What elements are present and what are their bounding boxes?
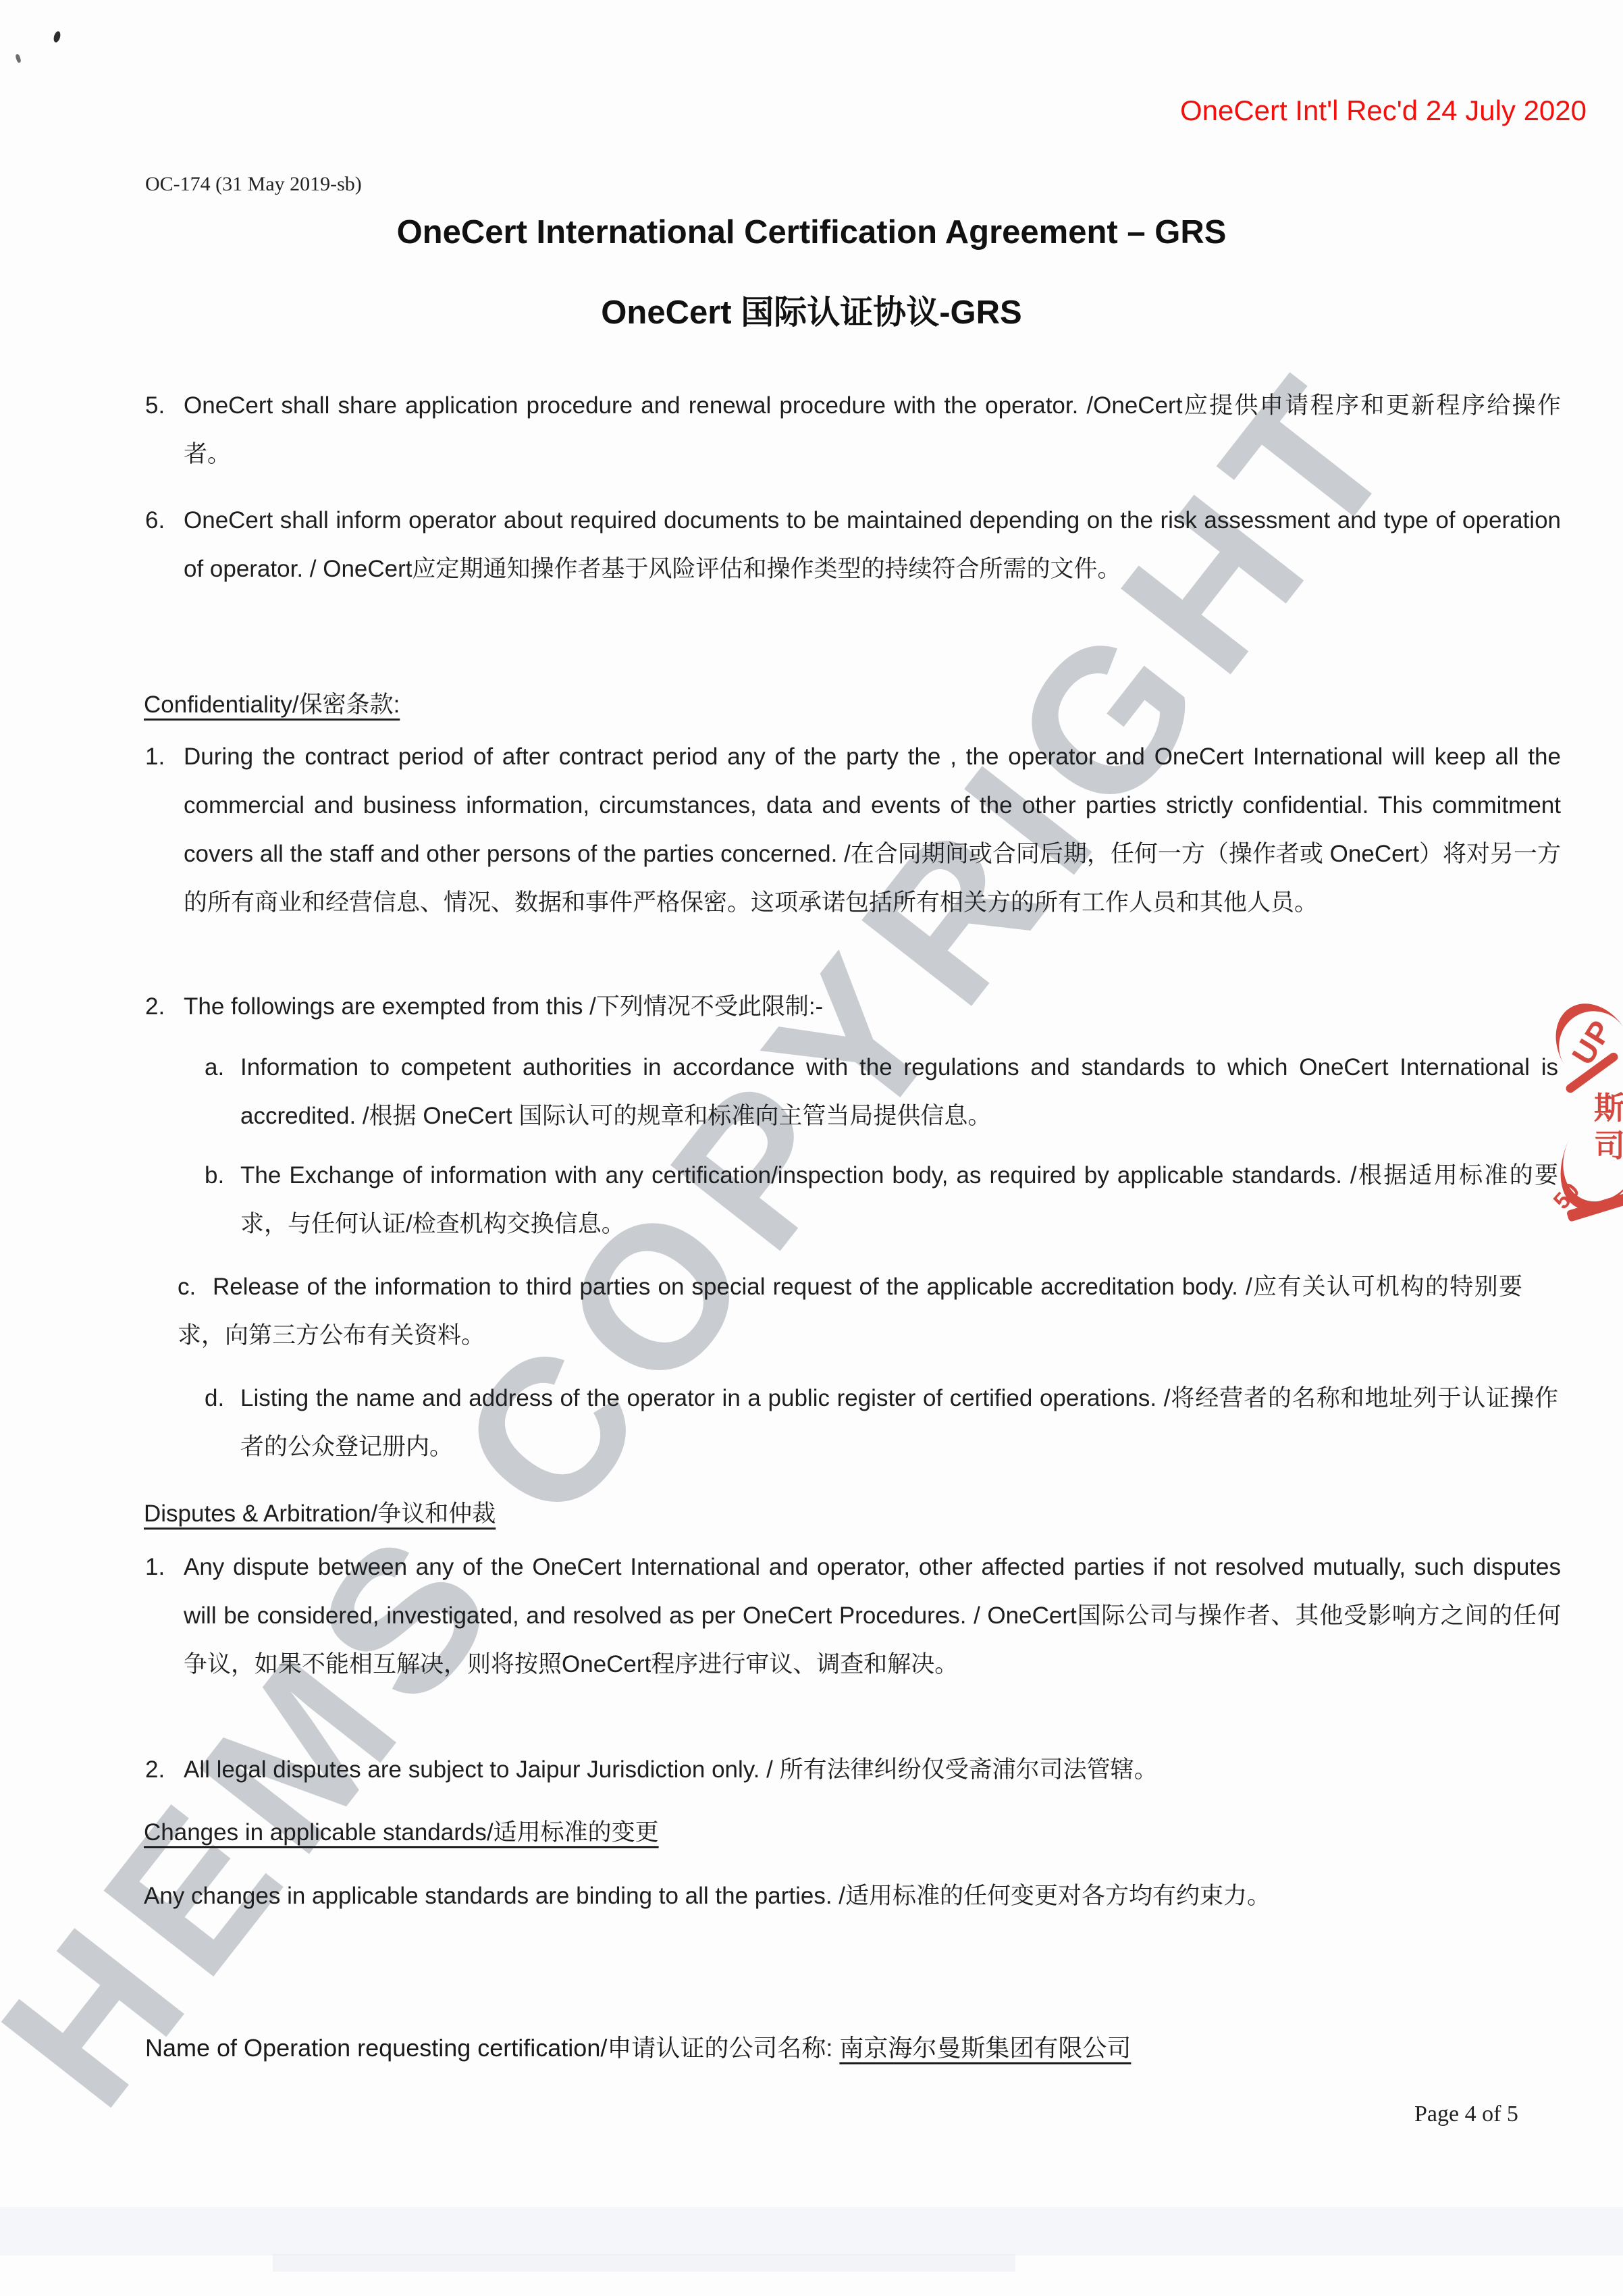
clause-text: OneCert shall inform operator about requ… [184, 507, 1561, 582]
clause-text: During the contract period of after cont… [184, 743, 1561, 916]
item-letter: d. [205, 1374, 224, 1423]
scan-speck-icon [53, 30, 61, 43]
clause-number: 5. [145, 382, 165, 430]
changes-heading: Changes in applicable standards/适用标准的变更 [144, 1808, 659, 1857]
exemption-item-c: c.Release of the information to third pa… [178, 1263, 1522, 1360]
document-title-english: OneCert International Certification Agre… [0, 213, 1623, 251]
item-letter: b. [205, 1151, 224, 1200]
operation-name-line: Name of Operation requesting certificati… [145, 2029, 1131, 2064]
scanned-document-page: HEMS COPYRIGHT OneCert Int'l Rec'd 24 Ju… [0, 0, 1623, 2296]
clause-5: 5. OneCert shall share application proce… [145, 382, 1561, 479]
item-text: Release of the information to third part… [178, 1274, 1522, 1349]
disputes-clause-2: 2. All legal disputes are subject to Jai… [145, 1746, 1561, 1794]
clause-6: 6. OneCert shall inform operator about r… [145, 496, 1561, 594]
item-text: The Exchange of information with any cer… [240, 1162, 1558, 1237]
received-date-stamp: OneCert Int'l Rec'd 24 July 2020 [1180, 95, 1587, 127]
clause-number: 1. [145, 1543, 165, 1592]
item-text: Listing the name and address of the oper… [240, 1385, 1558, 1460]
document-content: OneCert Int'l Rec'd 24 July 2020 OC-174 … [0, 0, 1623, 2296]
changes-body: Any changes in applicable standards are … [144, 1872, 1522, 1921]
exemption-item-d: d. Listing the name and address of the o… [205, 1374, 1558, 1471]
clause-text: OneCert shall share application procedur… [184, 392, 1561, 467]
clause-text: Any dispute between any of the OneCert I… [184, 1554, 1561, 1677]
disputes-heading: Disputes & Arbitration/争议和仲裁 [144, 1490, 496, 1538]
clause-text: The followings are exempted from this /下… [184, 993, 823, 1020]
item-letter: c. [178, 1263, 213, 1311]
clause-number: 2. [145, 1746, 165, 1794]
exemption-item-b: b. The Exchange of information with any … [205, 1151, 1558, 1249]
scan-noise-band [0, 2207, 1623, 2255]
operation-name-label: Name of Operation requesting certificati… [145, 2034, 832, 2062]
operation-name-value: 南京海尔曼斯集团有限公司 [839, 2034, 1131, 2062]
document-title-chinese: OneCert 国际认证协议-GRS [0, 286, 1623, 334]
page-number: Page 4 of 5 [1414, 2102, 1518, 2127]
confidentiality-heading: Confidentiality/保密条款: [144, 681, 400, 729]
clause-number: 2. [145, 983, 165, 1031]
scan-noise-band [273, 2254, 1015, 2272]
clause-number: 6. [145, 496, 165, 545]
item-letter: a. [205, 1043, 224, 1092]
red-seal-stamp: UP 斯司 50 [1547, 1005, 1623, 1234]
scan-speck-icon [15, 53, 22, 63]
clause-number: 1. [145, 733, 165, 781]
confidentiality-clause-2: 2. The followings are exempted from this… [145, 983, 1561, 1031]
document-code: OC-174 (31 May 2019-sb) [145, 173, 362, 196]
exemption-item-a: a. Information to competent authorities … [205, 1043, 1558, 1141]
confidentiality-clause-1: 1. During the contract period of after c… [145, 733, 1561, 927]
item-text: Information to competent authorities in … [240, 1054, 1558, 1129]
disputes-clause-1: 1. Any dispute between any of the OneCer… [145, 1543, 1561, 1689]
clause-text: All legal disputes are subject to Jaipur… [184, 1756, 1158, 1783]
